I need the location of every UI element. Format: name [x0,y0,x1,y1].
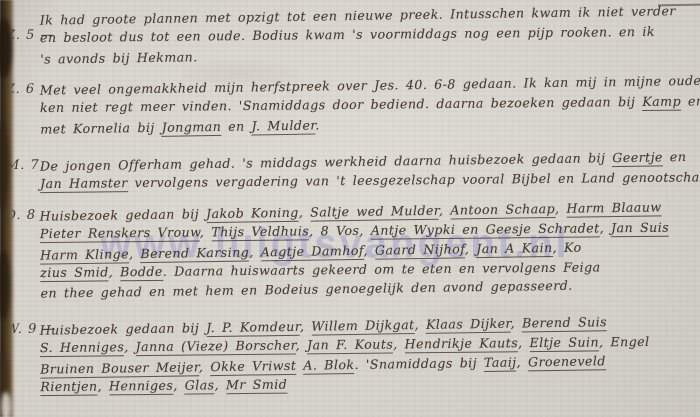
scanned-page: www.luigtsvangent.nl Z. 5 —Ik had groote… [0,0,700,417]
diary-entry: M. 7.De jongen Offerham gehad. 's middag… [0,148,696,195]
diary-entry: D. 8Huisbezoek gedaan bij Jakob Koning, … [0,198,697,303]
diary-entry: W. 9 —Huisbezoek gedaan bij J. P. Komdeu… [0,312,696,398]
entry-text: Huisbezoek gedaan bij J. P. Komdeur, Wil… [40,312,697,397]
diary-entry: Z. 5 —Ik had groote plannen met opzigt t… [0,2,696,68]
entries: Z. 5 —Ik had groote plannen met opzigt t… [0,0,700,417]
entry-text: De jongen Offerham gehad. 's middags wer… [40,148,696,195]
entry-text: Ik had groote plannen met opzigt tot een… [40,2,697,68]
paper-tear [1,392,11,417]
diary-entry: Z. 6Met veel ongemakkheid mijn herfstpre… [0,72,696,138]
entry-text: Met veel ongemakkheid mijn herfstpreek o… [40,72,697,138]
entry-text: Huisbezoek gedaan bij Jakob Koning, Salt… [39,198,696,302]
